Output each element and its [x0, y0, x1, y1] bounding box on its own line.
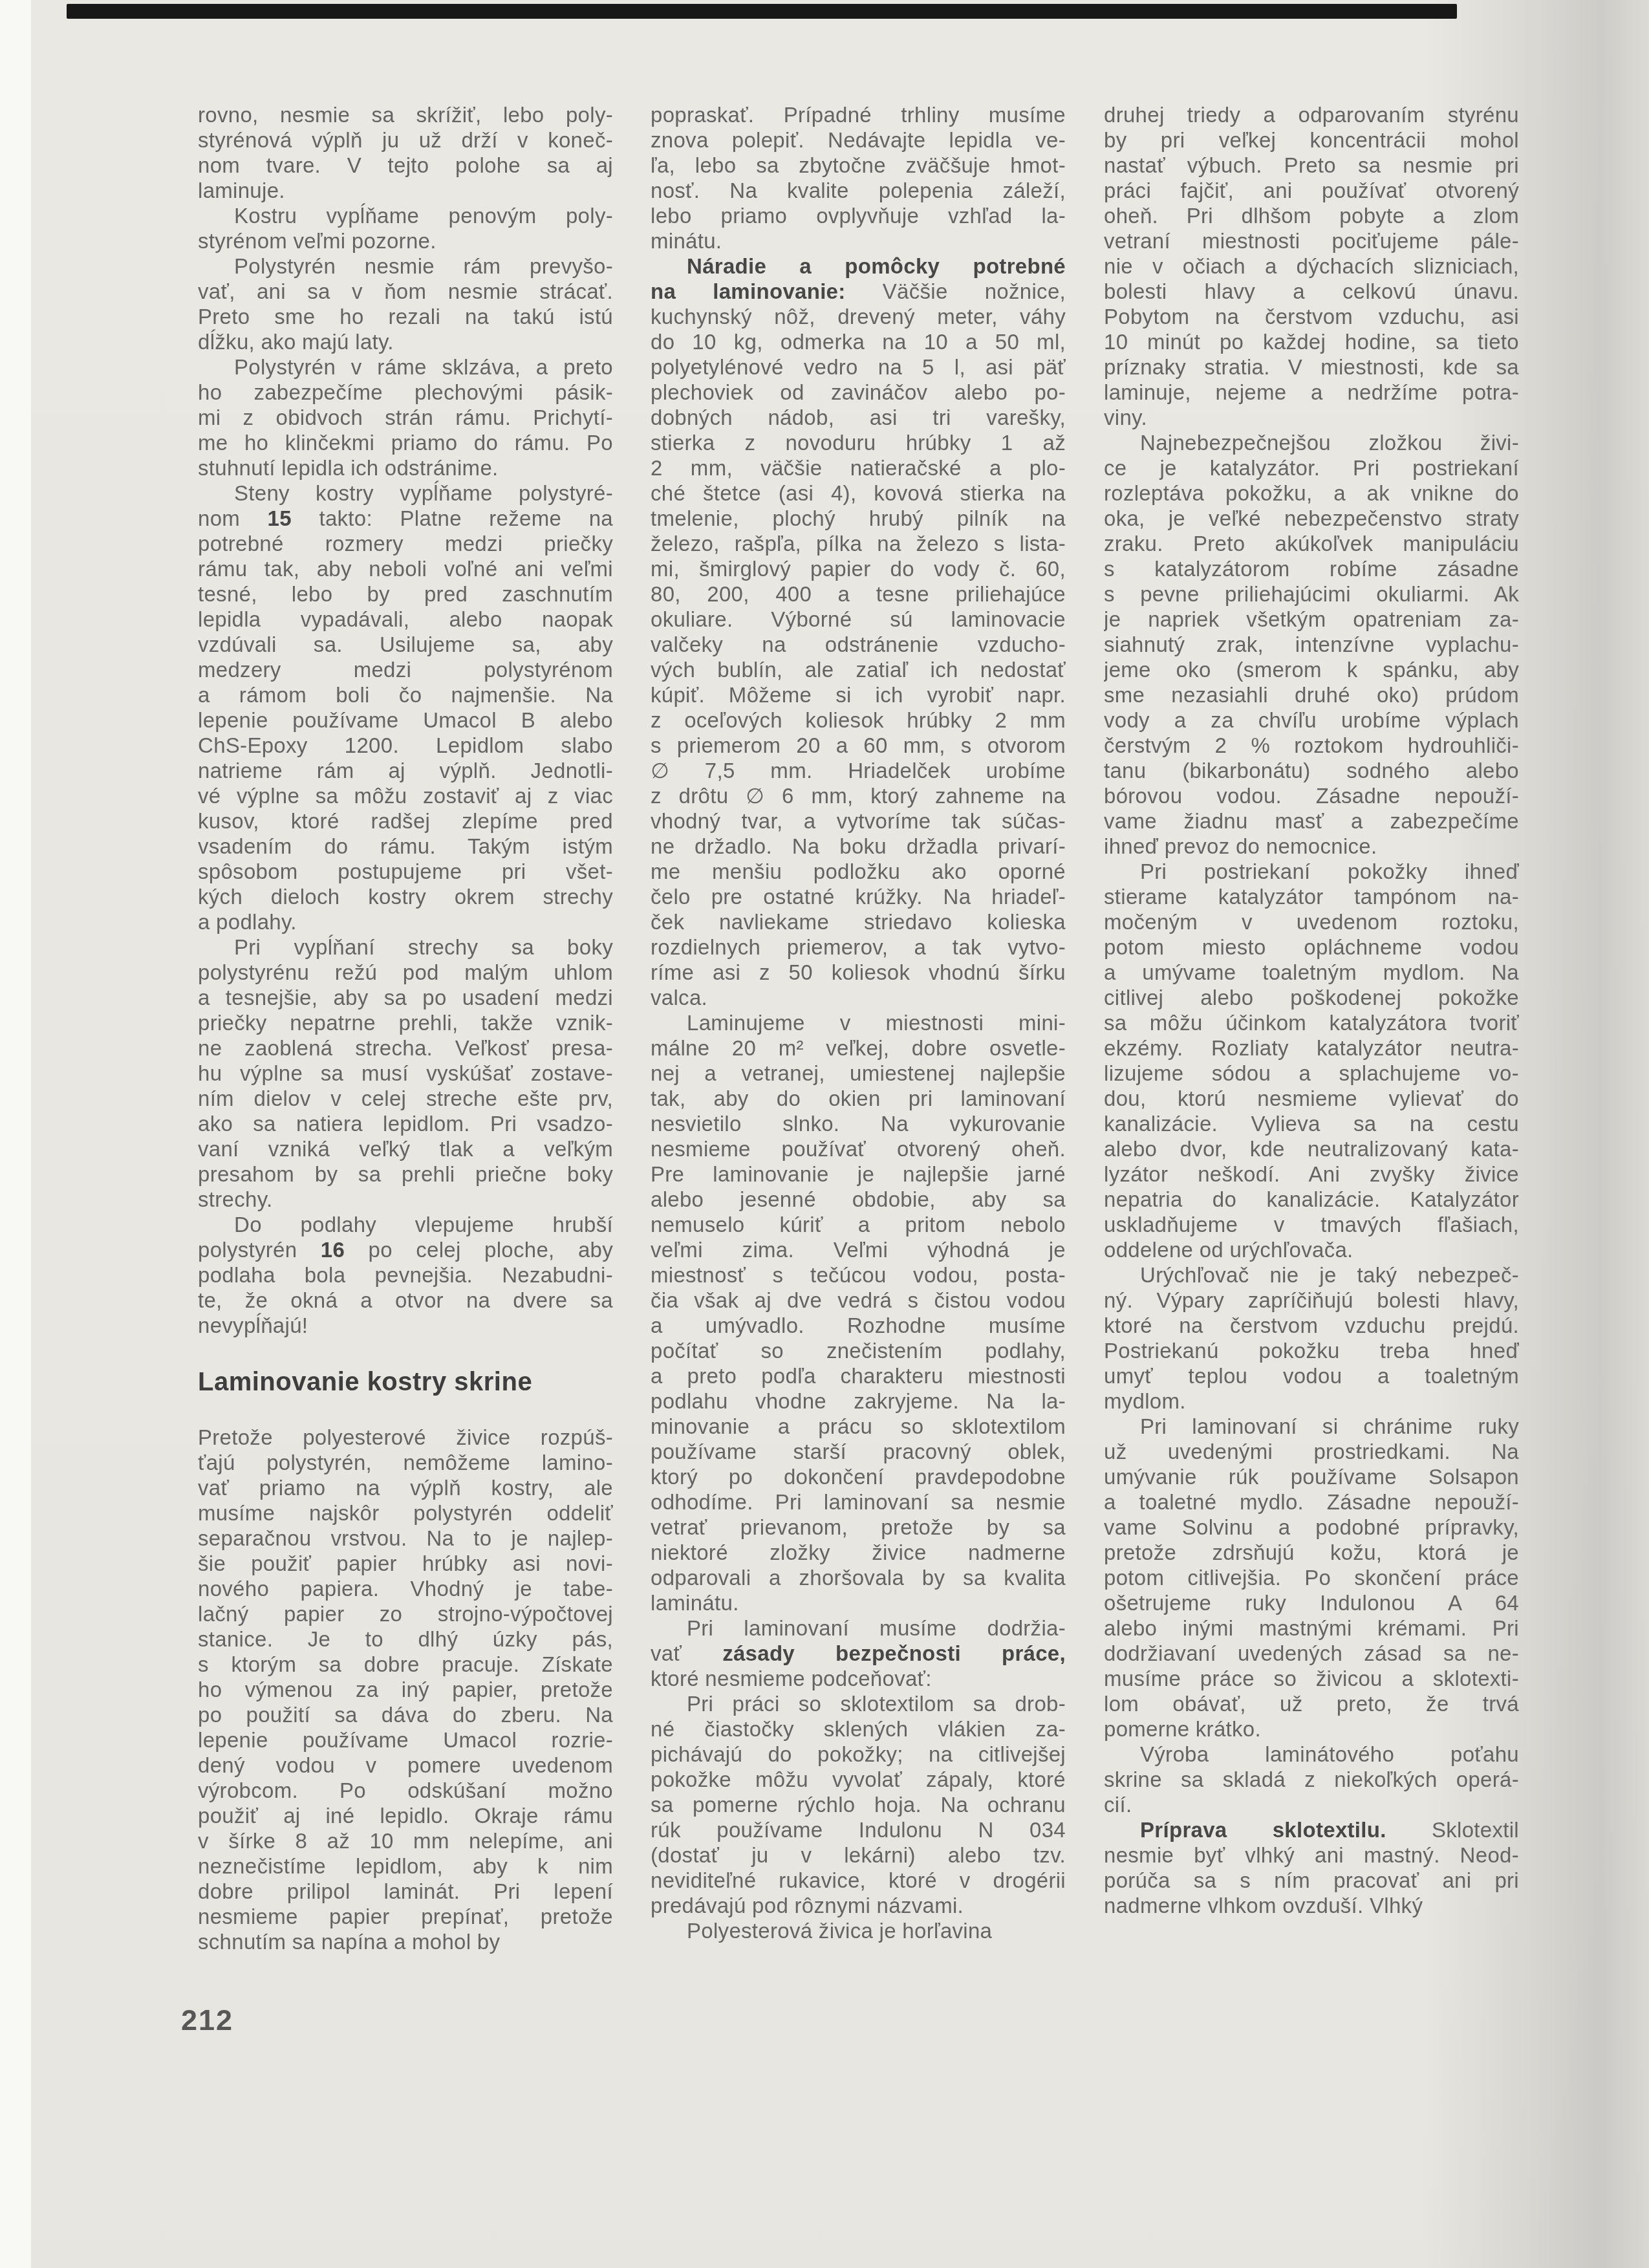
text-line: Príprava sklotextilu. Sklotextil: [1104, 1817, 1519, 1842]
text-line: alebo inými mastnými krémami. Pri: [1104, 1615, 1519, 1641]
text-line: kanalizácie. Vylieva sa na cestu: [1104, 1111, 1519, 1136]
text-line: ce je katalyzátor. Pri postriekaní: [1104, 455, 1519, 481]
text-line: né čiastočky sklených vlákien za-: [651, 1716, 1066, 1742]
text-line: ček navliekame striedavo kolieska: [651, 909, 1066, 934]
text-line: nie v očiach a dýchacích slizniciach,: [1104, 254, 1519, 279]
text-line: (dostať ju v lekárni) alebo tzv.: [651, 1842, 1066, 1868]
text-line: presahom by sa prehli priečne boky: [198, 1161, 613, 1187]
text-line: zraku. Preto akúkoľvek manipuláciu: [1104, 531, 1519, 556]
text-line: rúk používame Indulonu N 034: [651, 1817, 1066, 1842]
text-line: vaní vzniká veľký tlak a veľkým: [198, 1136, 613, 1161]
text-line: me ho klinčekmi priamo do rámu. Po: [198, 430, 613, 455]
text-line: z oceľových koliesok hrúbky 2 mm: [651, 707, 1066, 733]
paragraph: Pri laminovaní si chránime rukyuž uveden…: [1104, 1414, 1519, 1742]
text-line: ché štetce (asi 4), kovová stierka na: [651, 481, 1066, 506]
text-line: Urýchľovač nie je taký nebezpeč-: [1104, 1262, 1519, 1288]
text-line: šie použiť papier hrúbky asi novi-: [198, 1551, 613, 1576]
paragraph: popraskať. Prípadné trhliny musímeznova …: [651, 102, 1066, 254]
text-line: ihneď prevoz do nemocnice.: [1104, 834, 1519, 859]
text-line: vať, ani sa v ňom nesmie strácať.: [198, 279, 613, 304]
text-line: hu výplne sa musí vyskúšať zostave-: [198, 1061, 613, 1086]
paragraph: Urýchľovač nie je taký nebezpeč-ný. Výpa…: [1104, 1262, 1519, 1414]
text-line: tak, aby do okien pri laminovaní: [651, 1086, 1066, 1111]
text-line: dobných nádob, asi tri varešky,: [651, 405, 1066, 430]
text-line: nej a vetranej, umiestenej najlepšie: [651, 1061, 1066, 1086]
text-line: alebo dvor, kde neutralizovaný kata-: [1104, 1136, 1519, 1161]
text-line: oddelene od urýchľovača.: [1104, 1237, 1519, 1262]
text-line: musíme najskôr polystyrén oddeliť: [198, 1500, 613, 1526]
text-line: čia však aj dve vedrá s čistou vodou: [651, 1288, 1066, 1313]
text-line: a umývame toaletným mydlom. Na: [1104, 960, 1519, 985]
text-line: vame žiadnu masť a zabezpečíme: [1104, 808, 1519, 834]
text-line: odhodíme. Pri laminovaní sa nesmie: [651, 1489, 1066, 1515]
text-line: nosť. Na kvalite polepenia záleží,: [651, 178, 1066, 203]
scanned-page: rovno, nesmie sa skrížiť, lebo poly-styr…: [31, 0, 1649, 2268]
page-number: 212: [181, 2003, 233, 2037]
paragraph: Pri postriekaní pokožky ihneďstierame ka…: [1104, 859, 1519, 1262]
text-line: vhodný tvar, a vytvoríme tak súčas-: [651, 808, 1066, 834]
text-line: lačný papier zo strojno-výpočtovej: [198, 1601, 613, 1626]
text-line: lepenie používame Umacol B alebo: [198, 707, 613, 733]
text-column-3: druhej triedy a odparovaním styrénuby pr…: [1104, 102, 1519, 2016]
text-line: vame Solvinu a podobné prípravky,: [1104, 1515, 1519, 1540]
text-line: stierame katalyzátor tampónom na-: [1104, 884, 1519, 909]
text-line: 2 mm, väčšie natieračské a plo-: [651, 455, 1066, 481]
text-line: Pre laminovanie je najlepšie jarné: [651, 1161, 1066, 1187]
text-line: niektoré zložky živice nadmerne: [651, 1540, 1066, 1565]
text-line: s katalyzátorom robíme zásadne: [1104, 556, 1519, 581]
text-line: dený vodou v pomere uvedenom: [198, 1753, 613, 1778]
text-line: dodržiavaní uvedených zásad sa ne-: [1104, 1641, 1519, 1666]
text-line: styrénom veľmi pozorne.: [198, 228, 613, 254]
text-column-1: rovno, nesmie sa skrížiť, lebo poly-styr…: [198, 102, 613, 2016]
text-line: Polystyrén v ráme sklzáva, a preto: [198, 354, 613, 380]
text-line: tesné, lebo by pred zaschnutím: [198, 581, 613, 607]
text-line: výrobcom. Po odskúšaní možno: [198, 1778, 613, 1803]
text-line: na laminovanie: Väčšie nožnice,: [651, 279, 1066, 304]
text-line: Preto sme ho rezali na takú istú: [198, 304, 613, 329]
text-line: pretože zdrsňujú kožu, ktorá je: [1104, 1540, 1519, 1565]
paragraph: rovno, nesmie sa skrížiť, lebo poly-styr…: [198, 102, 613, 203]
text-line: Pretože polyesterové živice rozpúš-: [198, 1425, 613, 1450]
text-line: polyetylénové vedro na 5 l, asi päť: [651, 354, 1066, 380]
text-line: umývanie rúk používame Solsapon: [1104, 1464, 1519, 1489]
text-line: vzdúvali sa. Usilujeme sa, aby: [198, 632, 613, 657]
text-line: cií.: [1104, 1792, 1519, 1817]
text-line: lom obávať, už preto, že trvá: [1104, 1691, 1519, 1716]
text-line: vať priamo na výplň kostry, ale: [198, 1475, 613, 1500]
text-line: kúpiť. Môžeme si ich vyrobiť napr.: [651, 682, 1066, 707]
text-line: nesmieme papier prepínať, pretože: [198, 1904, 613, 1929]
text-line: vody a za chvíľu urobíme výplach: [1104, 707, 1519, 733]
text-line: valčeky na odstránenie vzducho-: [651, 632, 1066, 657]
text-line: nemuselo kúriť a pritom nebolo: [651, 1212, 1066, 1237]
text-line: ním dielov v celej streche ešte prv,: [198, 1086, 613, 1111]
text-line: 10 minút po každej hodine, sa tieto: [1104, 329, 1519, 354]
text-line: miestnosť s tečúcou vodou, posta-: [651, 1262, 1066, 1288]
text-line: ne držadlo. Na boku držadla privarí-: [651, 834, 1066, 859]
text-line: oheň. Pri dlhšom pobyte a zlom: [1104, 203, 1519, 228]
text-line: ako sa natiera lepidlom. Pri vsadzo-: [198, 1111, 613, 1136]
text-line: viny.: [1104, 405, 1519, 430]
text-line: by pri veľkej koncentrácii mohol: [1104, 127, 1519, 153]
text-line: okuliare. Výborné sú laminovacie: [651, 607, 1066, 632]
text-line: a umývadlo. Rozhodne musíme: [651, 1313, 1066, 1338]
text-line: uskladňujeme v tmavých fľašiach,: [1104, 1212, 1519, 1237]
text-line: ekzémy. Rozliaty katalyzátor neutra-: [1104, 1035, 1519, 1061]
text-line: ne zaoblená strecha. Veľkosť presa-: [198, 1035, 613, 1061]
text-line: Pri vypĺňaní strechy sa boky: [198, 934, 613, 960]
text-line: dou, ktorú nesmieme vylievať do: [1104, 1086, 1519, 1111]
text-line: podlaha bola pevnejšia. Nezabudni-: [198, 1262, 613, 1288]
text-line: nastať výbuch. Preto sa nesmie pri: [1104, 153, 1519, 178]
text-line: vetrať prievanom, pretože by sa: [651, 1515, 1066, 1540]
text-line: práci fajčiť, ani používať otvorený: [1104, 178, 1519, 203]
text-line: pokožke môžu vyvolať zápaly, ktoré: [651, 1767, 1066, 1792]
text-line: Pri laminovaní si chránime ruky: [1104, 1414, 1519, 1439]
text-line: Steny kostry vypĺňame polystyré-: [198, 481, 613, 506]
text-line: priečky nepatrne prehli, takže vznik-: [198, 1010, 613, 1035]
text-line: močeným v uvedenom roztoku,: [1104, 909, 1519, 934]
text-line: lyzátor neškodí. Ani zvyšky živice: [1104, 1161, 1519, 1187]
text-line: oka, je veľké nebezpečenstvo straty: [1104, 506, 1519, 531]
text-line: lebo priamo ovplyvňuje vzhľad la-: [651, 203, 1066, 228]
text-line: lizujeme sódou a splachujeme vo-: [1104, 1061, 1519, 1086]
text-line: natrieme rám aj výplň. Jednotli-: [198, 758, 613, 783]
text-line: ťajú polystyrén, nemôžeme lamino-: [198, 1450, 613, 1475]
paragraph: Príprava sklotextilu. Sklotextilnesmie b…: [1104, 1817, 1519, 1918]
text-line: pichávajú do pokožky; na citlivejšej: [651, 1742, 1066, 1767]
text-line: nadmerne vlhkom ovzduší. Vlhký: [1104, 1893, 1519, 1918]
text-line: stierka z novoduru hrúbky 1 až: [651, 430, 1066, 455]
text-line: Pri práci so sklotextilom sa drob-: [651, 1691, 1066, 1716]
text-line: nesmieme používať otvorený oheň.: [651, 1136, 1066, 1161]
text-line: ktoré na čerstvom vzduchu prejdú.: [1104, 1313, 1519, 1338]
text-line: popraskať. Prípadné trhliny musíme: [651, 102, 1066, 127]
paragraph: Polystyrén v ráme sklzáva, a pretoho zab…: [198, 354, 613, 481]
text-line: nevypĺňajú!: [198, 1313, 613, 1338]
text-line: čelo pre ostatné krúžky. Na hriadeľ-: [651, 884, 1066, 909]
text-line: lepidla vypadávali, alebo naopak: [198, 607, 613, 632]
text-line: Do podlahy vlepujeme hrubší: [198, 1212, 613, 1237]
text-line: do 10 kg, odmerka na 10 a 50 ml,: [651, 329, 1066, 354]
text-line: separačnou vrstvou. Na to je najlep-: [198, 1526, 613, 1551]
text-line: je napriek všetkým opatreniam za-: [1104, 607, 1519, 632]
text-line: mi z obidvoch strán rámu. Prichytí-: [198, 405, 613, 430]
text-line: sa môžu účinkom katalyzátora tvoriť: [1104, 1010, 1519, 1035]
text-line: málne 20 m² veľkej, dobre osvetle-: [651, 1035, 1066, 1061]
text-line: s priemerom 20 a 60 mm, s otvorom: [651, 733, 1066, 758]
text-line: kusov, ktoré radšej zlepíme pred: [198, 808, 613, 834]
text-line: sa pomerne rýchlo hoja. Na ochranu: [651, 1792, 1066, 1817]
text-line: laminuje, nejeme a nedržíme potra-: [1104, 380, 1519, 405]
paragraph: Steny kostry vypĺňame polystyré-nom 15 t…: [198, 481, 613, 934]
text-line: plechoviek od zavináčov alebo po-: [651, 380, 1066, 405]
text-line: ľa, lebo sa zbytočne zväčšuje hmot-: [651, 153, 1066, 178]
text-line: čerstvým 2 % roztokom hydrouhliči-: [1104, 733, 1519, 758]
text-line: po použití sa dáva do zberu. Na: [198, 1702, 613, 1727]
text-line: príznaky stratia. V miestnosti, kde sa: [1104, 354, 1519, 380]
text-line: a tesnejšie, aby sa po usadení medzi: [198, 985, 613, 1010]
text-line: ktorý po dokončení pravdepodobne: [651, 1464, 1066, 1489]
scan-edge-artifact: [67, 4, 1457, 19]
text-line: nom tvare. V tejto polohe sa aj: [198, 153, 613, 178]
text-line: laminátu.: [651, 1590, 1066, 1615]
text-line: už uvedenými prostriedkami. Na: [1104, 1439, 1519, 1464]
text-line: kuchynský nôž, drevený meter, váhy: [651, 304, 1066, 329]
text-line: predávajú pod rôznymi názvami.: [651, 1893, 1066, 1918]
paragraph: Polystyrén nesmie rám prevyšo-vať, ani s…: [198, 254, 613, 354]
text-line: vetraní miestnosti pociťujeme pále-: [1104, 228, 1519, 254]
paragraph: Pri práci so sklotextilom sa drob-né čia…: [651, 1691, 1066, 1918]
text-line: železo, rašpľa, pílka na železo s lista-: [651, 531, 1066, 556]
text-line: valca.: [651, 985, 1066, 1010]
text-line: mi, šmirglový papier do vody č. 60,: [651, 556, 1066, 581]
text-line: počítať so znečistením podlahy,: [651, 1338, 1066, 1363]
text-line: používame starší pracovný oblek,: [651, 1439, 1066, 1464]
text-line: Náradie a pomôcky potrebné: [651, 254, 1066, 279]
text-line: Pri postriekaní pokožky ihneď: [1104, 859, 1519, 884]
paragraph: Najnebezpečnejšou zložkou živi-ce je kat…: [1104, 430, 1519, 859]
text-line: sme nezasiahli druhé oko) prúdom: [1104, 682, 1519, 707]
text-line: ošetrujeme ruky Indulonou A 64: [1104, 1590, 1519, 1615]
text-line: medzery medzi polystyrénom: [198, 657, 613, 682]
text-line: spôsobom postupujeme pri všet-: [198, 859, 613, 884]
text-line: potom citlivejšia. Po skončení práce: [1104, 1565, 1519, 1590]
paragraph: Výroba laminátového poťahuskrine sa skla…: [1104, 1742, 1519, 1817]
text-line: 80, 200, 400 a tesne priliehajúce: [651, 581, 1066, 607]
text-line: Pri laminovaní musíme dodržia-: [651, 1615, 1066, 1641]
paragraph: Pretože polyesterové živice rozpúš-ťajú …: [198, 1425, 613, 1954]
text-line: me menšiu podložku ako oporné: [651, 859, 1066, 884]
section-heading: Laminovanie kostry skrine: [198, 1368, 613, 1396]
paragraph: Pri vypĺňaní strechy sa bokypolystyrénu …: [198, 934, 613, 1212]
text-line: rovno, nesmie sa skrížiť, lebo poly-: [198, 102, 613, 127]
text-line: stuhnutí lepidla ich odstránime.: [198, 455, 613, 481]
text-line: laminuje.: [198, 178, 613, 203]
text-line: rozdielnych priemerov, a tak vytvo-: [651, 934, 1066, 960]
paragraph: Laminujeme v miestnosti mini-málne 20 m²…: [651, 1010, 1066, 1615]
text-line: druhej triedy a odparovaním styrénu: [1104, 102, 1519, 127]
text-line: Polyesterová živica je horľavina: [651, 1918, 1066, 1943]
text-column-2: popraskať. Prípadné trhliny musímeznova …: [651, 102, 1066, 2016]
text-line: dobre prilipol laminát. Pri lepení: [198, 1879, 613, 1904]
text-line: mydlom.: [1104, 1388, 1519, 1414]
text-line: Pobytom na čerstvom vzduchu, asi: [1104, 304, 1519, 329]
text-line: znova polepiť. Nedávajte lepidla ve-: [651, 127, 1066, 153]
paragraph: Pri laminovaní musíme dodržia-vať zásady…: [651, 1615, 1066, 1691]
text-line: s pevne priliehajúcimi okuliarmi. Ak: [1104, 581, 1519, 607]
text-line: a preto podľa charakteru miestnosti: [651, 1363, 1066, 1388]
text-line: skrine sa skladá z niekoľkých operá-: [1104, 1767, 1519, 1792]
text-line: Polystyrén nesmie rám prevyšo-: [198, 254, 613, 279]
text-line: podlahu vhodne zakryjeme. Na la-: [651, 1388, 1066, 1414]
text-line: a rámom boli čo najmenšie. Na: [198, 682, 613, 707]
text-line: alebo jesenné obdobie, aby sa: [651, 1187, 1066, 1212]
text-line: ChS-Epoxy 1200. Lepidlom slabo: [198, 733, 613, 758]
text-line: veľmi zima. Veľmi výhodná je: [651, 1237, 1066, 1262]
text-line: Kostru vypĺňame penovým poly-: [198, 203, 613, 228]
text-line: potom miesto opláchneme vodou: [1104, 934, 1519, 960]
text-line: Najnebezpečnejšou zložkou živi-: [1104, 430, 1519, 455]
text-line: ktoré nesmieme podceňovať:: [651, 1666, 1066, 1691]
text-line: citlivej alebo poškodenej pokožke: [1104, 985, 1519, 1010]
text-line: polystyrénu režú pod malým uhlom: [198, 960, 613, 985]
text-line: použiť aj iné lepidlo. Okraje rámu: [198, 1803, 613, 1828]
text-line: ný. Výpary zapríčiňujú bolesti hlavy,: [1104, 1288, 1519, 1313]
text-line: schnutím sa napína a mohol by: [198, 1929, 613, 1954]
paragraph: Náradie a pomôcky potrebnéna laminovanie…: [651, 254, 1066, 1010]
paragraph: Do podlahy vlepujeme hrubšípolystyrén 16…: [198, 1212, 613, 1338]
text-line: s ktorým sa dobre pracuje. Získate: [198, 1652, 613, 1677]
text-line: potrebné rozmery medzi priečky: [198, 531, 613, 556]
text-line: minovanie a prácu so sklotextilom: [651, 1414, 1066, 1439]
text-line: musíme práce so živicou a sklotexti-: [1104, 1666, 1519, 1691]
text-line: porúča sa s ním pracovať ani pri: [1104, 1868, 1519, 1893]
text-line: a toaletné mydlo. Zásadne nepouží-: [1104, 1489, 1519, 1515]
text-line: v šírke 8 až 10 mm nelepíme, ani: [198, 1828, 613, 1853]
text-line: strechy.: [198, 1187, 613, 1212]
text-line: ho výmenou za iný papier, pretože: [198, 1677, 613, 1702]
text-line: te, že okná a otvor na dvere sa: [198, 1288, 613, 1313]
text-line: bolesti hlavy a celkovú únavu.: [1104, 279, 1519, 304]
text-line: vať zásady bezpečnosti práce,: [651, 1641, 1066, 1666]
text-line: nom 15 takto: Platne režeme na: [198, 506, 613, 531]
text-line: nepatria do kanalizácie. Katalyzátor: [1104, 1187, 1519, 1212]
text-line: vých bublín, ale zatiaľ ich nedostať: [651, 657, 1066, 682]
text-line: ho zabezpečíme plechovými pásik-: [198, 380, 613, 405]
text-line: tanu (bikarbonátu) sodného alebo: [1104, 758, 1519, 783]
text-line: minátu.: [651, 228, 1066, 254]
text-line: vé výplne sa môžu zostaviť aj z viac: [198, 783, 613, 808]
text-line: tmelenie, plochý hrubý pilník na: [651, 506, 1066, 531]
text-line: ríme asi z 50 koliesok vhodnú šírku: [651, 960, 1066, 985]
text-line: umyť teplou vodou a toaletným: [1104, 1363, 1519, 1388]
text-line: siahnutý zrak, intenzívne vyplachu-: [1104, 632, 1519, 657]
text-line: jeme oko (smerom k spánku, aby: [1104, 657, 1519, 682]
paragraph: druhej triedy a odparovaním styrénuby pr…: [1104, 102, 1519, 430]
text-line: neviditeľné rukavice, ktoré v drogérii: [651, 1868, 1066, 1893]
text-line: neznečistíme lepidlom, aby k nim: [198, 1853, 613, 1879]
text-line: ∅ 7,5 mm. Hriadelček urobíme: [651, 758, 1066, 783]
text-line: rozleptáva pokožku, a ak vnikne do: [1104, 481, 1519, 506]
text-line: nového papiera. Vhodný je tabe-: [198, 1576, 613, 1601]
text-line: Laminujeme v miestnosti mini-: [651, 1010, 1066, 1035]
text-line: kých dieloch kostry okrem strechy: [198, 884, 613, 909]
text-line: bórovou vodou. Zásadne nepouží-: [1104, 783, 1519, 808]
text-line: styrénová výplň ju už drží v koneč-: [198, 127, 613, 153]
text-line: lepenie používame Umacol rozrie-: [198, 1727, 613, 1753]
text-line: vsadením do rámu. Takým istým: [198, 834, 613, 859]
scanner-margin: [0, 0, 31, 2268]
text-line: stanice. Je to dlhý úzky pás,: [198, 1626, 613, 1652]
text-line: a podlahy.: [198, 909, 613, 934]
text-line: dĺžku, ako majú laty.: [198, 329, 613, 354]
text-line: Výroba laminátového poťahu: [1104, 1742, 1519, 1767]
text-line: Postriekanú pokožku treba hneď: [1104, 1338, 1519, 1363]
text-line: nesmie byť vlhký ani mastný. Neod-: [1104, 1842, 1519, 1868]
text-line: z drôtu ∅ 6 mm, ktorý zahneme na: [651, 783, 1066, 808]
text-line: odparovali a zhoršovala by sa kvalita: [651, 1565, 1066, 1590]
text-line: polystyrén 16 po celej ploche, aby: [198, 1237, 613, 1262]
paragraph: Kostru vypĺňame penovým poly-styrénom ve…: [198, 203, 613, 254]
text-line: rámu tak, aby neboli voľné ani veľmi: [198, 556, 613, 581]
paragraph: Polyesterová živica je horľavina: [651, 1918, 1066, 1943]
text-line: pomerne krátko.: [1104, 1716, 1519, 1742]
text-line: nesvietilo slnko. Na vykurovanie: [651, 1111, 1066, 1136]
